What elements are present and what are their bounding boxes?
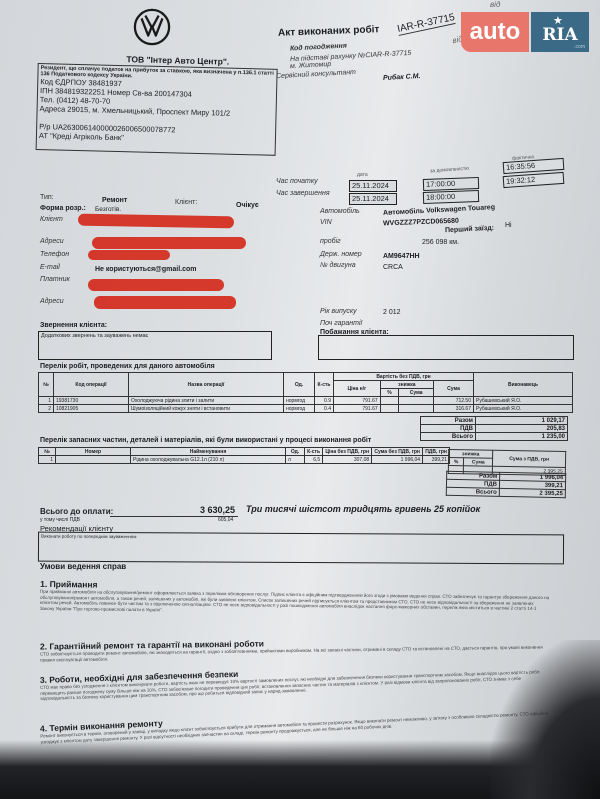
cell [380, 397, 399, 405]
works-table: № Код операції Назва операції Од. К-сть … [38, 372, 573, 413]
cell: Рубашевський Я.О. [473, 405, 572, 413]
plate-value: AM9647HH [383, 253, 420, 260]
start-date-field: 25.11.2024 [349, 180, 397, 192]
cell: 2 [39, 405, 54, 413]
year-value: 2 012 [383, 309, 401, 316]
redacted-payer-address [94, 296, 236, 309]
parts-h-no: № [39, 448, 56, 456]
stamp-top: від [490, 0, 500, 9]
cell: 19381730 [54, 397, 129, 405]
end-date-field: 25.11.2024 [349, 193, 397, 205]
client-status-value: Очікує [236, 202, 259, 209]
works-title: Перелік робіт, проведених для даного авт… [40, 363, 215, 370]
redacted-payer [88, 279, 224, 291]
cell: 791.67 [334, 397, 381, 405]
mileage-value: 256 098 км. [422, 239, 459, 246]
works-h-cost: Вартість без ПДВ, грн [334, 373, 474, 381]
end-planned-field: 18:00:00 [423, 190, 479, 204]
cell: Охолоджуюча рідина злити і залити [129, 397, 284, 405]
year-label: Рік випуску [320, 308, 357, 315]
works-h-no: № [39, 373, 54, 397]
email-value: Не користуються@gmail.com [95, 266, 197, 273]
cell: нормгод [284, 405, 315, 413]
photo-shadow-corner [490, 640, 600, 799]
cell: нормгод [284, 397, 315, 405]
cell: 2 395,25 [499, 488, 565, 497]
date-caption: дата [357, 172, 368, 178]
terms-section-1: 1. Приймання При прийманні автомобіля на… [40, 579, 550, 617]
autoria-watermark: auto RIA ★ .com [461, 12, 589, 52]
recommendations-text: Виконати роботу по попереднім зауваження… [39, 533, 563, 543]
end-time-label: Час завершення [276, 190, 330, 197]
car-label: Автомобіль [320, 208, 360, 215]
cell: 399,21 [423, 456, 450, 464]
watermark-auto: auto [461, 12, 529, 52]
parts-h-unit: Од. [286, 448, 305, 456]
start-planned-field: 17:00:00 [423, 177, 479, 191]
cell: 1 235,00 [476, 433, 568, 441]
cell: Всього [446, 487, 499, 496]
cell: 791.67 [334, 405, 381, 413]
client-name-label: Клієнт [40, 216, 63, 223]
payment-form-label: Форма розр.: [40, 205, 86, 212]
parts-h-number: Номер [56, 448, 131, 456]
cell: Всього [421, 433, 476, 441]
cell [56, 456, 131, 464]
email-label: E-mail [40, 264, 60, 271]
mileage-label: пробіг [320, 238, 341, 245]
cell: 205,83 [476, 425, 568, 433]
parts-table: № Номер Найменування Од. К-сть Ціна без … [38, 447, 450, 464]
redacted-phone [88, 250, 170, 260]
cell [399, 405, 434, 413]
works-h-disc-sum: Сума [399, 389, 434, 397]
cell: Разом [421, 417, 476, 425]
recommendations-box: Виконати роботу по попереднім зауваження… [38, 532, 564, 565]
cell: 712.50 [434, 397, 474, 405]
wishes-text [319, 336, 573, 338]
parts-totals: Разом1 996,04 ПДВ399,21 Всього2 395,25 [446, 471, 566, 499]
table-row: 1 Рідина охолоджувальна G12.1л (210 л) л… [39, 456, 450, 464]
type-label: Тип: [40, 194, 54, 201]
cell: Шумоізоляційний кожух зняти і встановити [129, 405, 284, 413]
cell [399, 397, 434, 405]
redacted-client-address [92, 237, 246, 249]
cell: 1 [39, 397, 54, 405]
total-words: Три тисячі шістсот тридцять гривень 25 к… [246, 504, 480, 514]
engine-label: № двигуна [320, 262, 356, 269]
works-totals: Разом1 029,17 ПДВ205,83 Всього1 235,00 [420, 416, 568, 441]
cell: Рідина охолоджувальна G12.1л (210 л) [131, 456, 286, 464]
total-value: 3 630,25 [200, 505, 235, 515]
plate-label: Держ. номер [320, 251, 362, 258]
cell: 1 996,04 [372, 456, 423, 464]
cell: Рубашевський Я.О. [473, 397, 572, 405]
cell: 10821905 [54, 405, 129, 413]
cell: 0.4 [315, 405, 334, 413]
parts-h-pct: % [448, 457, 464, 465]
warranty-label: Поч гарантії [320, 320, 362, 327]
payer-label: Платник [40, 276, 70, 283]
works-h-name: Назва операції [129, 373, 284, 397]
cell [380, 405, 399, 413]
volkswagen-logo-icon [133, 8, 171, 46]
appeal-box: Додаткових звернень та зауважень немає [38, 331, 272, 360]
cell: 6,5 [305, 456, 323, 464]
parts-title: Перелік запасних частин, деталей і матер… [40, 437, 371, 444]
client-status-label: Клієнт: [175, 199, 197, 206]
vat-label: у тому числі ПДВ [40, 517, 80, 523]
watermark-com: .com [574, 44, 585, 50]
type-value: Ремонт [102, 197, 127, 204]
works-h-code: Код операції [54, 373, 129, 397]
phone-label: Телефон [40, 251, 69, 258]
cell: 1 [39, 456, 56, 464]
parts-h-sum-vat: Сума з ПДВ, грн [493, 450, 566, 467]
vin-label: VIN [320, 219, 332, 226]
wishes-box [318, 335, 574, 360]
works-h-price: Ціна н/г [334, 381, 381, 397]
vat-value: 605,04 [218, 517, 233, 523]
works-h-qty: К-сть [315, 373, 334, 397]
works-h-pct: % [380, 389, 399, 397]
works-h-executor: Виконавець [473, 373, 572, 397]
parts-h-vat: ПДВ, грн [423, 448, 450, 456]
cell: л [286, 456, 305, 464]
parts-h-qty: К-сть [305, 448, 323, 456]
first-entry-value: Ні [505, 222, 512, 229]
payer-address-label: Адреси [40, 298, 64, 305]
client-address-label: Адреси [40, 238, 64, 245]
appeal-text: Додаткових звернень та зауважень немає [39, 332, 271, 340]
terms-title: Умови ведення справ [40, 562, 126, 571]
works-h-unit: Од. [284, 373, 315, 397]
cell: 0.9 [315, 397, 334, 405]
cell: 1 029,17 [476, 417, 568, 425]
works-h-discount: знижка [380, 381, 433, 389]
parts-h-name: Найменування [131, 448, 286, 456]
cell: ПДВ [421, 425, 476, 433]
star-icon: ★ [553, 14, 563, 27]
parts-h-price: Ціна без ПДВ, грн [323, 448, 372, 456]
engine-value: CRCA [383, 264, 403, 271]
appeal-title: Звернення клієнта: [40, 322, 107, 329]
works-h-sum: Сума [434, 381, 474, 397]
cell: 307,08 [323, 456, 372, 464]
table-row: 2 10821905 Шумоізоляційний кожух зняти і… [39, 405, 573, 413]
start-time-label: Час початку [276, 178, 318, 185]
cell: 316.67 [434, 405, 474, 413]
table-row: 1 19381730 Охолоджуюча рідина злити і за… [39, 397, 573, 405]
parts-h-sum: Сума без ПДВ, грн [372, 448, 423, 456]
total-label: Всього до оплати: [40, 507, 113, 516]
payment-form-value: Безготів. [95, 206, 121, 213]
